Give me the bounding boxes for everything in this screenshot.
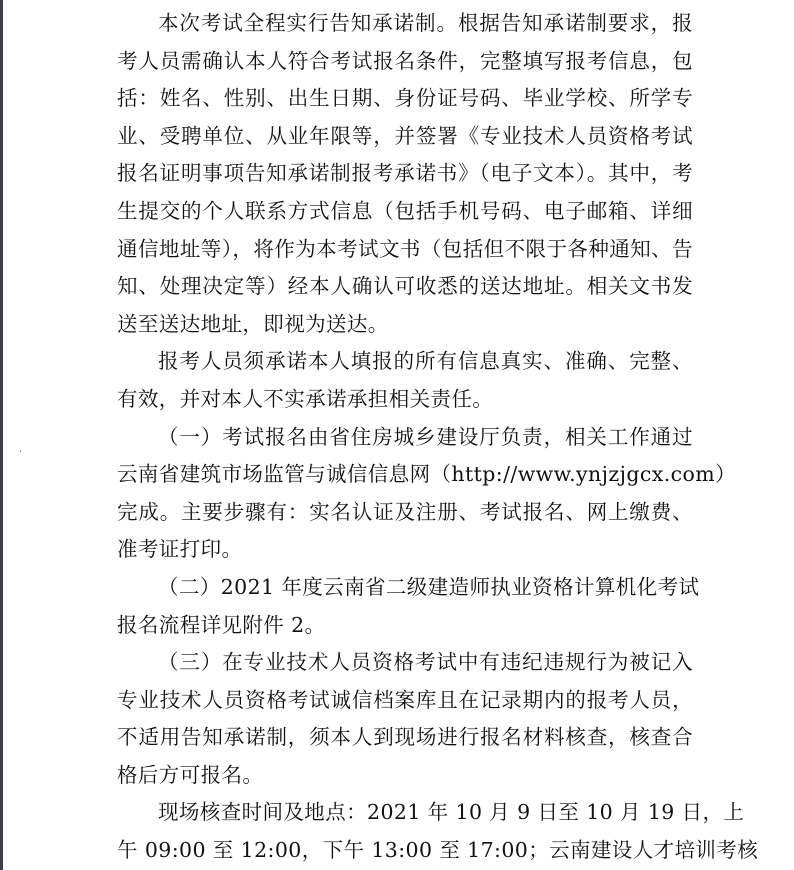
paragraph-item-3-exception: （三）在专业技术人员资格考试中有违纪违规行为被记入 专业技术人员资格考试诚信档案…: [117, 644, 693, 794]
text-line: （三）在专业技术人员资格考试中有违纪违规行为被记入: [117, 644, 693, 682]
text-line: 送至送达地址，即视为送达。: [117, 306, 693, 344]
paragraph-item-2-process: （二）2021 年度云南省二级建造师执业资格计算机化考试 报名流程详见附件 2。: [117, 569, 693, 644]
text-line: 本次考试全程实行告知承诺制。根据告知承诺制要求，报: [117, 5, 693, 43]
text-line: 完成。主要步骤有：实名认证及注册、考试报名、网上缴费、: [117, 494, 693, 532]
paragraph-item-1-registration: （一）考试报名由省住房城乡建设厅负责，相关工作通过 云南省建筑市场监管与诚信信息…: [117, 419, 693, 569]
paragraph-onsite-check-time: 现场核查时间及地点：2021 年 10 月 9 日至 10 月 19 日，上 午…: [117, 794, 693, 869]
text-line: 报名流程详见附件 2。: [117, 607, 693, 645]
text-line: 现场核查时间及地点：2021 年 10 月 9 日至 10 月 19 日，上: [117, 794, 693, 832]
text-line: 格后方可报名。: [117, 757, 693, 795]
text-line: 专业技术人员资格考试诚信档案库且在记录期内的报考人员，: [117, 682, 693, 720]
text-line-with-link: 云南省建筑市场监管与诚信信息网（http://www.ynjzjgcx.com）: [117, 456, 693, 494]
viewer-left-border: [0, 0, 3, 870]
text-line: 午 09:00 至 12:00，下午 13:00 至 17:00；云南建设人才培…: [117, 832, 693, 870]
document-body: 本次考试全程实行告知承诺制。根据告知承诺制要求，报 考人员需确认本人符合考试报名…: [117, 5, 693, 870]
text-line: 生提交的个人联系方式信息（包括手机号码、电子邮箱、详细: [117, 193, 693, 231]
text-line: 通信地址等），将作为本考试文书（包括但不限于各种通知、告: [117, 231, 693, 269]
text-line: 括：姓名、性别、出生日期、身份证号码、毕业学校、所学专: [117, 80, 693, 118]
text-line: 考人员需确认本人符合考试报名条件，完整填写报考信息，包: [117, 43, 693, 81]
text-line: 有效，并对本人不实承诺承担相关责任。: [117, 381, 693, 419]
document-page: 本次考试全程实行告知承诺制。根据告知承诺制要求，报 考人员需确认本人符合考试报名…: [0, 0, 794, 870]
text-line: （一）考试报名由省住房城乡建设厅负责，相关工作通过: [117, 419, 693, 457]
text-line: 知、处理决定等）经本人确认可收悉的送达地址。相关文书发: [117, 268, 693, 306]
text-line: 报考人员须承诺本人填报的所有信息真实、准确、完整、: [117, 343, 693, 381]
text-line: 报名证明事项告知承诺制报考承诺书》（电子文本）。其中，考: [117, 155, 693, 193]
paragraph-notice-commitment: 本次考试全程实行告知承诺制。根据告知承诺制要求，报 考人员需确认本人符合考试报名…: [117, 5, 693, 343]
text-line: （二）2021 年度云南省二级建造师执业资格计算机化考试: [117, 569, 693, 607]
paragraph-truthfulness-commitment: 报考人员须承诺本人填报的所有信息真实、准确、完整、 有效，并对本人不实承诺承担相…: [117, 343, 693, 418]
text-line: 业、受聘单位、从业年限等，并签署《专业技术人员资格考试: [117, 118, 693, 156]
text-line: 不适用告知承诺制，须本人到现场进行报名材料核查，核查合: [117, 719, 693, 757]
stray-mark: [20, 450, 21, 452]
text-line: 准考证打印。: [117, 531, 693, 569]
